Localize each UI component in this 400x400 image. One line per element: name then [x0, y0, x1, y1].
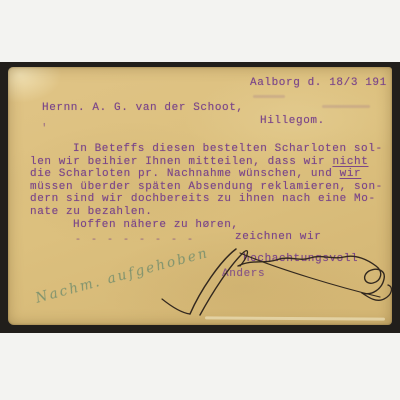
body-line-5: dern sind wir dochbereits zu ihnen nach … [30, 193, 392, 206]
letter-body: In Beteffs diesen bestelten Scharloten s… [30, 143, 392, 244]
postcard: Aalborg d. 18/3 191 Hernn. A. G. van der… [8, 67, 392, 325]
stray-mark: ' [41, 123, 48, 136]
body-line-4: müssen überder späten Absendung reklamie… [30, 181, 392, 194]
photo-frame: Aalborg d. 18/3 191 Hernn. A. G. van der… [0, 62, 400, 333]
recipient-name: Hernn. A. G. van der Schoot, [42, 102, 244, 115]
recipient-city: Hillegom. [260, 115, 325, 128]
body-line-2-text: len wir beihier Ihnen mitteilen, dass wi… [30, 156, 332, 168]
body-line-3-text: die Scharloten pr. Nachnahme wünschen, u… [30, 168, 340, 180]
underlined-word-nicht: nicht [332, 156, 368, 168]
body-line-6: nate zu bezahlen. [30, 206, 392, 219]
body-line-1: In Beteffs diesen bestelten Scharloten s… [30, 143, 392, 156]
body-line-7-hoffen: Hoffen nähere zu høren, [30, 219, 392, 232]
date-smudge-2 [322, 105, 370, 108]
dateline: Aalborg d. 18/3 191 [250, 77, 387, 90]
underlined-word-wir: wir [340, 168, 362, 180]
date-smudge [253, 95, 285, 98]
body-line-3: die Scharloten pr. Nachnahme wünschen, u… [30, 168, 392, 181]
body-line-2: len wir beihier Ihnen mitteilen, dass wi… [30, 156, 392, 169]
